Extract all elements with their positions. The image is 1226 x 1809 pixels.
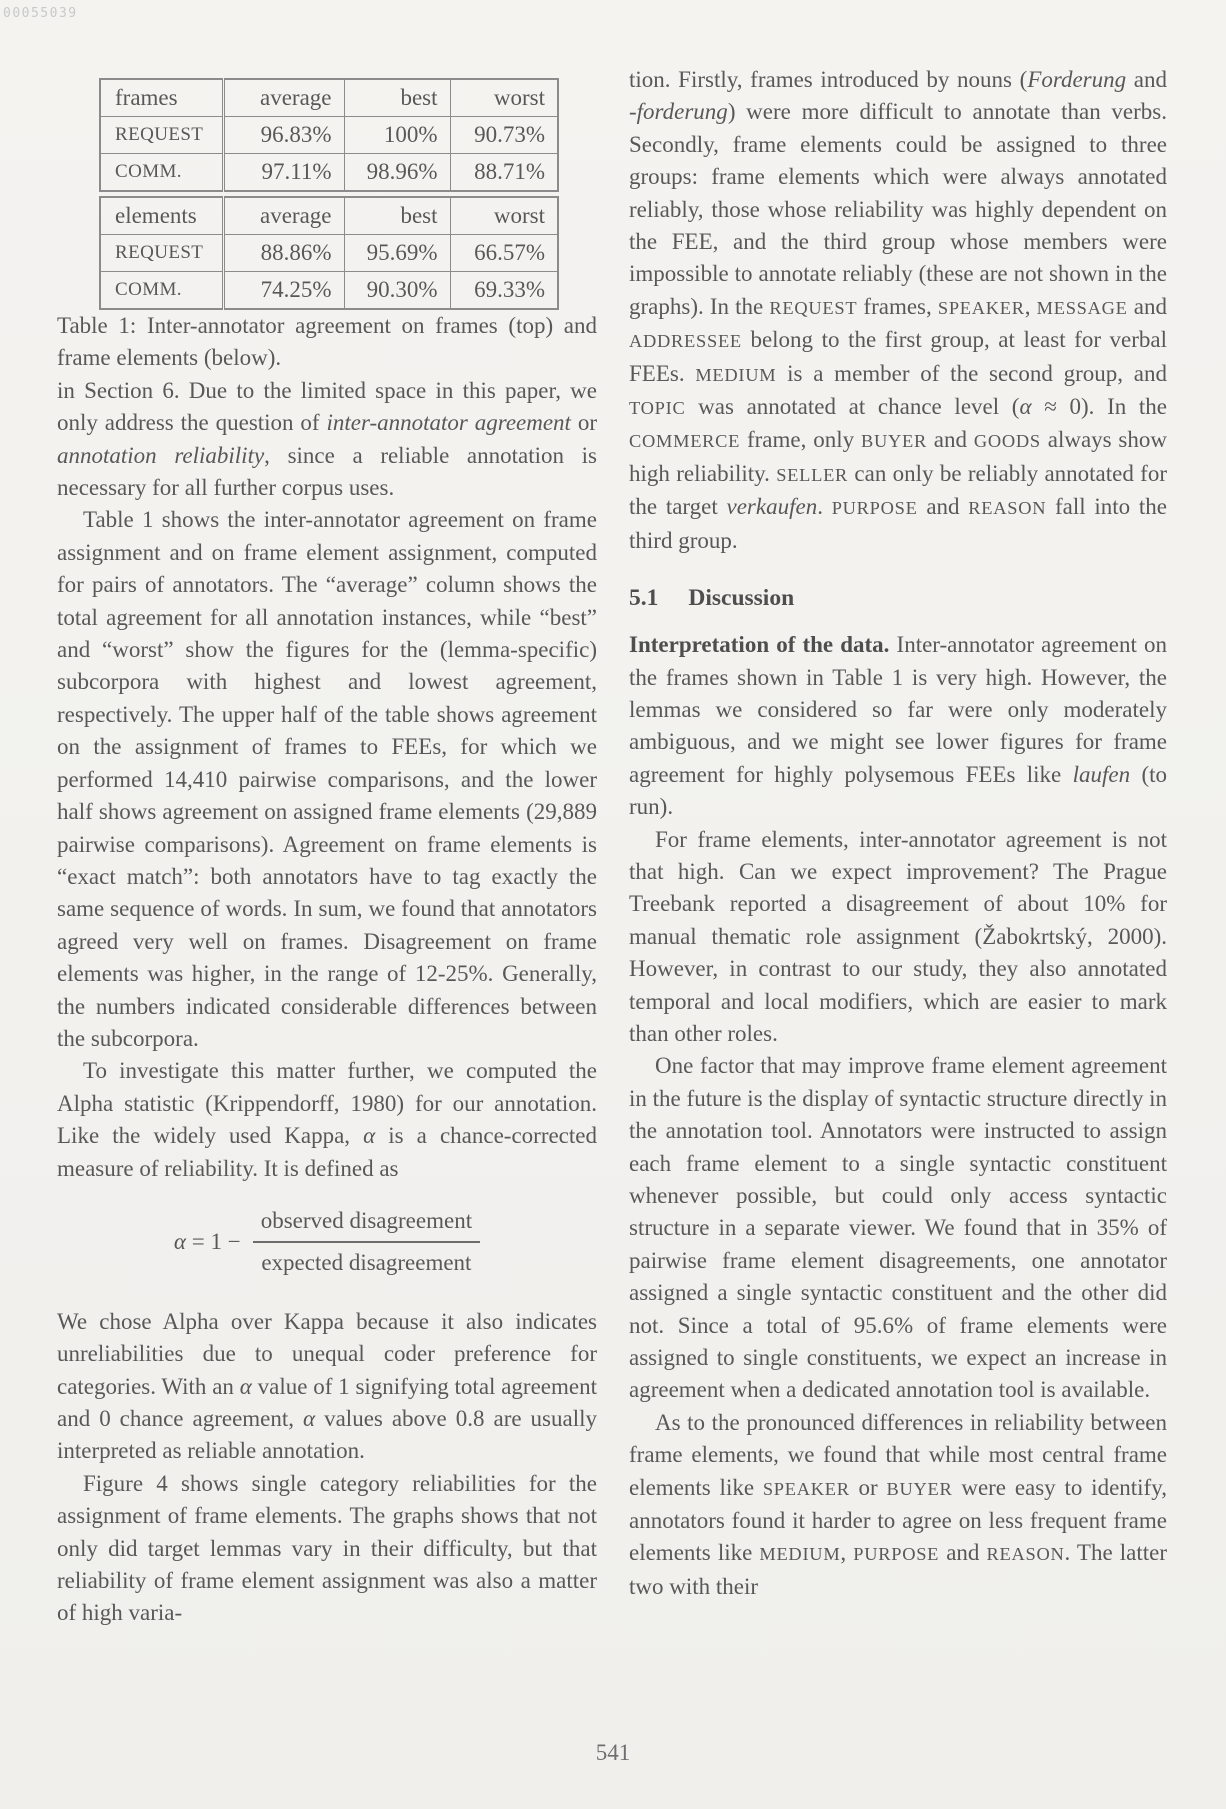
table-cell: 88.86% [223,235,344,272]
page: 00055039 frames average best worst REQUE… [0,0,1226,1809]
table-cell: COMM. [100,272,223,310]
table-cell: 98.96% [344,154,450,192]
table-header-cell: best [344,79,450,117]
right-column: tion. Firstly, frames introduced by noun… [629,64,1167,1603]
table-cell: REQUEST [100,235,223,272]
paragraph: As to the pronounced differences in reli… [629,1407,1167,1603]
table-cell: 74.25% [223,272,344,310]
table-header-cell: frames [100,79,223,117]
table-cell: 97.11% [223,154,344,192]
table-row: COMM. 74.25% 90.30% 69.33% [100,272,558,310]
table-cell: 90.30% [344,272,450,310]
paragraph: Figure 4 shows single category reliabili… [57,1468,597,1630]
table-cell: REQUEST [100,117,223,154]
table-cell: 66.57% [450,235,558,272]
section-number: 5.1 [629,585,658,611]
table-cell: 100% [344,117,450,154]
table-row: REQUEST 96.83% 100% 90.73% [100,117,558,154]
table-cell: COMM. [100,154,223,192]
formula-lhs: α = 1 − [174,1226,241,1258]
table-header-cell: best [344,197,450,235]
paragraph: tion. Firstly, frames introduced by noun… [629,64,1167,557]
table-header-row: frames average best worst [100,79,558,117]
table-header-row: elements average best worst [100,197,558,235]
paragraph: To investigate this matter further, we c… [57,1055,597,1185]
section-heading: 5.1Discussion [629,583,1167,613]
paragraph: For frame elements, inter-annotator agre… [629,824,1167,1051]
formula-fraction: observed disagreement expected disagreem… [253,1205,480,1280]
page-number: 541 [57,1740,1169,1766]
paragraph: One factor that may improve frame elemen… [629,1050,1167,1406]
table-header-cell: worst [450,197,558,235]
table-row: COMM. 97.11% 98.96% 88.71% [100,154,558,192]
table-cell: 90.73% [450,117,558,154]
alpha-formula: α = 1 − observed disagreement expected d… [57,1205,597,1280]
paragraph: Interpretation of the data. Inter-annota… [629,629,1167,823]
scan-stamp: 00055039 [3,6,78,21]
formula-numerator: observed disagreement [253,1205,480,1243]
paragraph: We chose Alpha over Kappa because it als… [57,1306,597,1468]
table-cell: 95.69% [344,235,450,272]
table-cell: 88.71% [450,154,558,192]
table-header-cell: worst [450,79,558,117]
table-row: REQUEST 88.86% 95.69% 66.57% [100,235,558,272]
section-title: Discussion [688,585,794,611]
table-caption: Table 1: Inter-annotator agreement on fr… [57,310,597,375]
table-header-cell: elements [100,197,223,235]
formula-denominator: expected disagreement [253,1243,480,1279]
frames-table: frames average best worst REQUEST 96.83%… [99,78,559,192]
left-column: frames average best worst REQUEST 96.83%… [57,62,597,1630]
elements-table: elements average best worst REQUEST 88.8… [99,196,559,310]
table-header-cell: average [223,79,344,117]
table-header-cell: average [223,197,344,235]
paragraph: Table 1 shows the inter-annotator agreem… [57,504,597,1055]
table-cell: 96.83% [223,117,344,154]
table-cell: 69.33% [450,272,558,310]
paragraph: in Section 6. Due to the limited space i… [57,375,597,505]
table-1: frames average best worst REQUEST 96.83%… [99,78,597,310]
